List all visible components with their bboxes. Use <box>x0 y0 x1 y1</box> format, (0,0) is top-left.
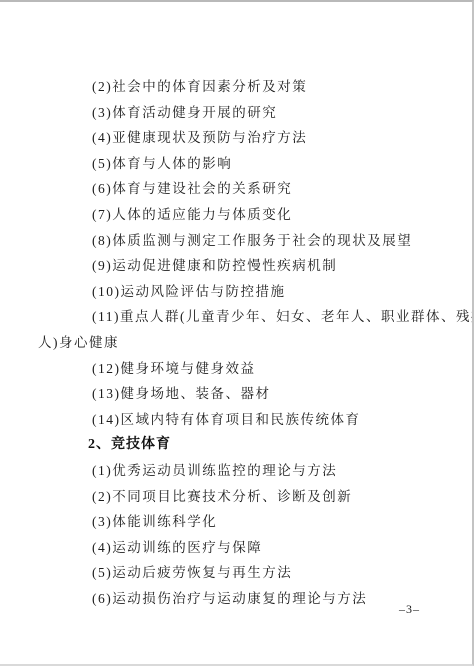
list-item: (14)区域内特有体育项目和民族传统体育 <box>38 407 438 433</box>
list-item: (11)重点人群(儿童青少年、妇女、老年人、职业群体、残疾 <box>38 304 438 330</box>
list-item: (12)健身环境与健身效益 <box>38 356 438 382</box>
list-item: (5)运动后疲劳恢复与再生方法 <box>38 560 438 586</box>
document-page: (2)社会中的体育因素分析及对策(3)体育活动健身开展的研究(4)亚健康现状及预… <box>0 0 474 666</box>
list-item: (2)不同项目比赛技术分析、诊断及创新 <box>38 484 438 510</box>
list-item: (10)运动风险评估与防控措施 <box>38 279 438 305</box>
list-item: (6)运动损伤治疗与运动康复的理论与方法 <box>38 586 438 612</box>
list-item: (4)运动训练的医疗与保障 <box>38 535 438 561</box>
list-item: (1)优秀运动员训练监控的理论与方法 <box>38 458 438 484</box>
list-item: (3)体能训练科学化 <box>38 509 438 535</box>
list-item: (13)健身场地、装备、器材 <box>38 381 438 407</box>
list-item: (4)亚健康现状及预防与治疗方法 <box>38 125 438 151</box>
list-item-continuation: 人)身心健康 <box>38 330 438 356</box>
list-item: (6)体育与建设社会的关系研究 <box>38 176 438 202</box>
list-item: (8)体质监测与测定工作服务于社会的现状及展望 <box>38 228 438 254</box>
list-item: (2)社会中的体育因素分析及对策 <box>38 74 438 100</box>
list-item: (5)体育与人体的影响 <box>38 151 438 177</box>
document-body: (2)社会中的体育因素分析及对策(3)体育活动健身开展的研究(4)亚健康现状及预… <box>38 74 438 611</box>
list-item: (3)体育活动健身开展的研究 <box>38 100 438 126</box>
list-item: (9)运动促进健康和防控慢性疾病机制 <box>38 253 438 279</box>
page-number: –3– <box>399 602 420 617</box>
section-heading: 2、竞技体育 <box>38 432 438 458</box>
list-item: (7)人体的适应能力与体质变化 <box>38 202 438 228</box>
